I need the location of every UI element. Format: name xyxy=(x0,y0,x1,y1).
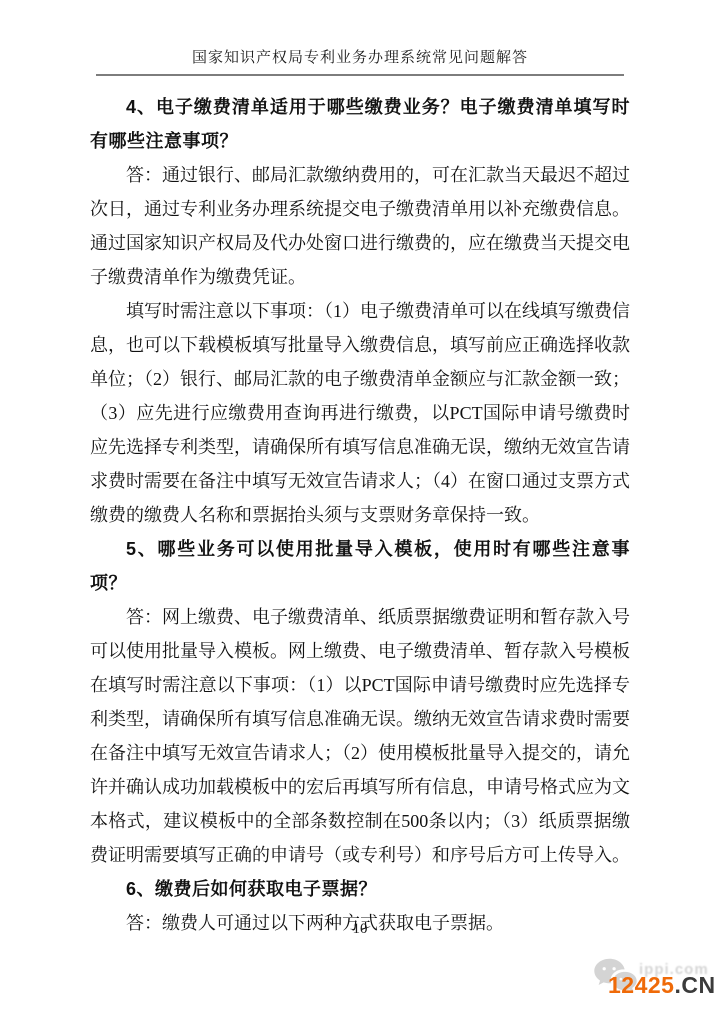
page-number: 10 xyxy=(0,921,720,938)
watermark-brand-suffix: .CN xyxy=(674,972,715,998)
question-5-answer-paragraph: 答：网上缴费、电子缴费清单、纸质票据缴费证明和暂存款入号可以使用批量导入模板。网… xyxy=(90,600,630,872)
page-header-title: 国家知识产权局专利业务办理系统常见问题解答 xyxy=(192,50,528,66)
question-5-heading: 5、哪些业务可以使用批量导入模板，使用时有哪些注意事项？ xyxy=(90,532,630,600)
question-4-answer-paragraph-1: 答：通过银行、邮局汇款缴纳费用的，可在汇款当天最迟不超过次日，通过专利业务办理系… xyxy=(90,158,630,294)
watermark-brand-primary: 12425 xyxy=(608,972,674,998)
question-4-answer-paragraph-2: 填写时需注意以下事项：（1）电子缴费清单可以在线填写缴费信息，也可以下载模板填写… xyxy=(90,294,630,532)
document-page: 国家知识产权局专利业务办理系统常见问题解答 4、电子缴费清单适用于哪些缴费业务？… xyxy=(0,0,720,1018)
watermark-brand: 12425.CN xyxy=(608,972,716,999)
question-6-heading: 6、缴费后如何获取电子票据？ xyxy=(90,872,630,906)
site-watermark: ippi.com 12425.CN xyxy=(593,953,717,1005)
question-4-heading: 4、电子缴费清单适用于哪些缴费业务？电子缴费清单填写时有哪些注意事项？ xyxy=(90,90,630,158)
document-body: 4、电子缴费清单适用于哪些缴费业务？电子缴费清单填写时有哪些注意事项？ 答：通过… xyxy=(90,90,630,940)
page-header: 国家知识产权局专利业务办理系统常见问题解答 xyxy=(96,46,624,76)
